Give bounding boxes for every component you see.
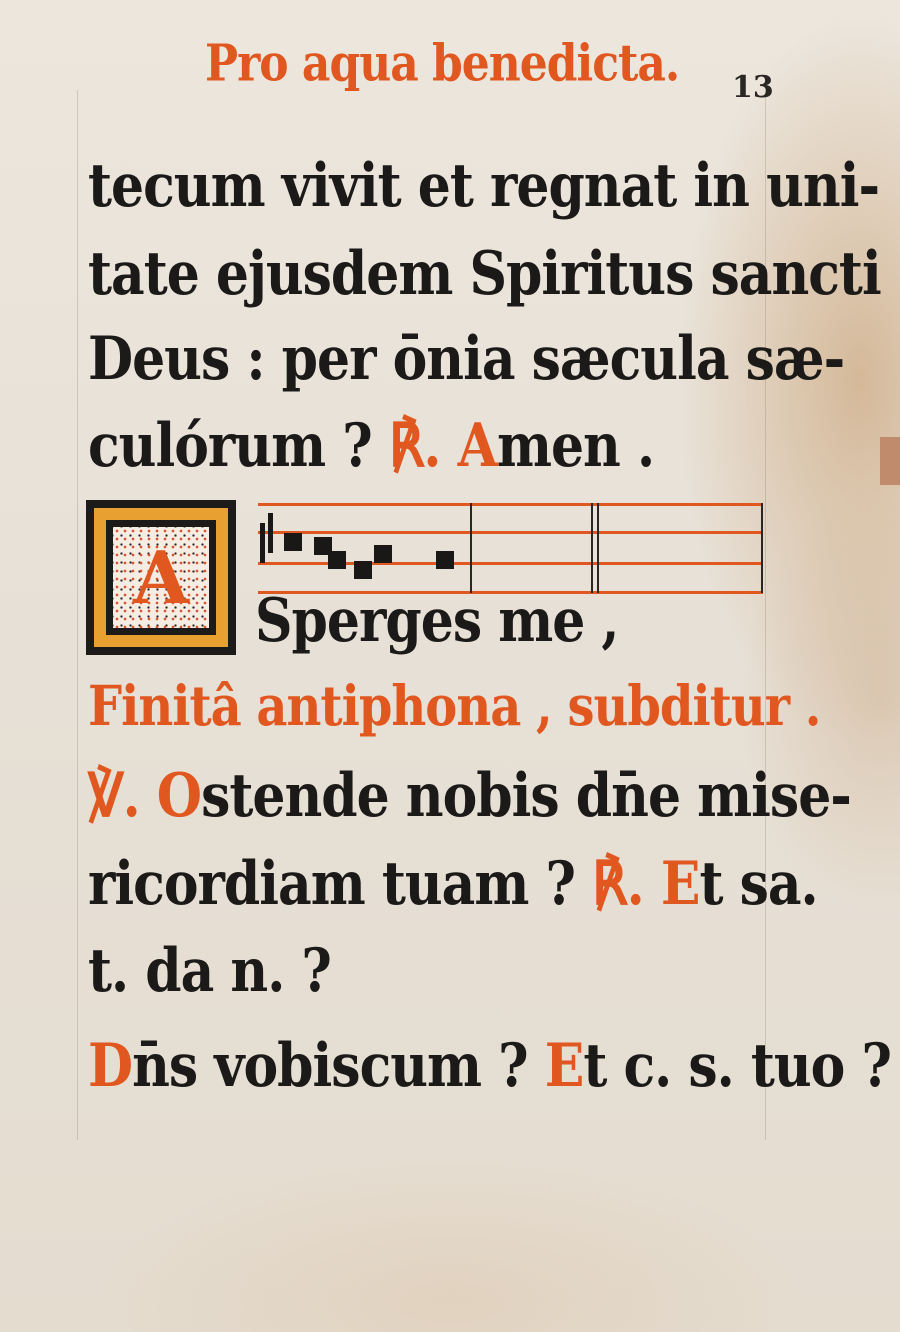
neume-note <box>374 545 392 563</box>
text-segment: t sa. <box>699 849 817 919</box>
neume-note <box>328 551 346 569</box>
bar-line <box>597 503 599 593</box>
neume-note <box>284 533 302 551</box>
illuminated-initial: A <box>86 500 236 655</box>
text-line-4: culórum ? ℟. Amen . <box>88 411 654 481</box>
text-segment: n̄s vobiscum ? <box>132 1031 545 1101</box>
rubric-title: Pro aqua benedicta. <box>205 34 679 93</box>
initial-inner-frame: A <box>106 520 216 635</box>
text-line-sperges: Sperges me , <box>255 586 619 656</box>
clef-icon <box>268 513 273 553</box>
neume-note <box>436 551 454 569</box>
text-line-versicle: ℣. Ostende nobis dn̄e mise- <box>88 761 851 831</box>
response-marker: ℟. E <box>592 849 699 919</box>
red-initial: D <box>88 1031 132 1101</box>
music-staff <box>258 503 763 593</box>
manuscript-page: Pro aqua benedicta. 13 tecum vivit et re… <box>0 0 900 1332</box>
red-initial: E <box>545 1031 584 1101</box>
rubric-instruction: Finitâ antiphona , subditur . <box>88 675 821 739</box>
text-line-10: t. da n. ? <box>88 936 331 1006</box>
folio-number: 13 <box>732 70 774 105</box>
text-line-2: tate ejusdem Spiritus sancti <box>88 239 881 309</box>
response-marker: ℟. A <box>389 411 497 481</box>
left-ruling-line <box>77 90 78 1140</box>
staff-line <box>258 531 763 534</box>
text-segment: stende nobis dn̄e mise- <box>201 761 851 831</box>
initial-letter: A <box>113 535 209 620</box>
page-tab-marker <box>880 437 900 485</box>
clef-icon <box>260 523 265 563</box>
neume-note <box>354 561 372 579</box>
text-line-11: Dn̄s vobiscum ? Et c. s. tuo ? <box>88 1031 891 1101</box>
text-line-1: tecum vivit et regnat in uni- <box>88 151 879 221</box>
bar-line <box>470 503 472 593</box>
staff-line <box>258 503 763 506</box>
versicle-marker: ℣. O <box>88 761 201 831</box>
text-line-3: Deus : per ōnia sæcula sæ- <box>88 324 844 394</box>
bar-line <box>591 503 593 593</box>
text-segment: men . <box>497 411 654 481</box>
text-segment: t c. s. tuo ? <box>583 1031 891 1101</box>
text-segment: ricordiam tuam ? <box>88 849 592 919</box>
text-segment: culórum ? <box>88 411 389 481</box>
text-line-9: ricordiam tuam ? ℟. Et sa. <box>88 849 818 919</box>
bar-line <box>761 503 763 593</box>
